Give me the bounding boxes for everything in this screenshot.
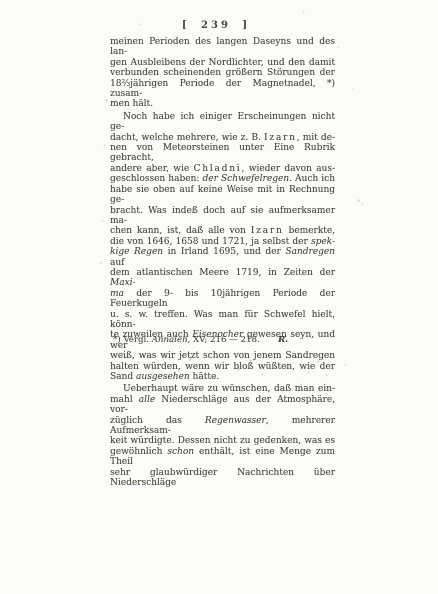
text-segment: andere aber, wie — [110, 164, 194, 174]
text-segment: , XV; 216 — 218. — [188, 335, 260, 345]
text-segment: dacht, welche mehrere, wie z. B. — [110, 133, 264, 143]
text-segment: chen kann, ist, daß alle von — [110, 226, 251, 236]
text-line: meinen Perioden des langen Daseyns und d… — [110, 37, 335, 58]
text-segment: spek- — [311, 237, 335, 247]
text-line: kige Regen in Irland 1695, und der Sandr… — [110, 247, 335, 268]
text-segment: Noch habe ich einiger Erscheinungen nich… — [110, 112, 335, 132]
text-segment: ma — [110, 289, 124, 299]
scanned-page: [ 239 ] meinen Perioden des langen Dasey… — [0, 0, 438, 594]
text-segment: bemerkte, — [284, 226, 335, 236]
page-number: [ 239 ] — [108, 20, 324, 31]
text-segment: gen Ausbleibens der Nordlichter, und den… — [110, 58, 335, 68]
text-line: u. s. w. treffen. Was man für Schwefel h… — [110, 310, 335, 331]
text-line: verbunden scheinenden größern Störungen … — [110, 68, 335, 78]
text-segment: züglich das — [110, 416, 205, 426]
text-segment: sehr glaubwürdiger Nachrichten über Nied… — [110, 468, 335, 488]
text-segment: ausgesehen — [136, 372, 190, 382]
text-segment: gewöhnlich — [110, 447, 167, 457]
text-line: nen von Meteorsteinen unter Eine Rubrik … — [110, 143, 335, 164]
text-line: men hält. — [110, 99, 335, 109]
text-segment: Auch ich — [292, 174, 335, 184]
text-segment: der Schwefelregen. — [203, 174, 292, 184]
text-segment: Izarn — [251, 226, 284, 236]
text-segment: Sand — [110, 372, 136, 382]
text-segment: Ueberhaupt wäre zu wünschen, daß man ein… — [123, 384, 335, 394]
paragraph: meinen Perioden des langen Daseyns und d… — [110, 37, 335, 110]
text-line: andere aber, wie Chladni, wieder davon a… — [110, 164, 335, 174]
text-segment: schon — [167, 447, 194, 457]
text-segment: 18⅔jährigen Periode der Magnetnadel, *) … — [110, 79, 335, 99]
text-line: bracht. Was indeß doch auf sie aufmerksa… — [110, 206, 335, 227]
text-line: Ueberhaupt wäre zu wünschen, daß man ein… — [110, 384, 335, 394]
text-segment: alle — [139, 395, 155, 405]
text-line: chen kann, ist, daß alle von Izarn bemer… — [110, 226, 335, 236]
text-line: gewöhnlich schon enthält, ist eine Menge… — [110, 447, 335, 468]
text-segment: mahl — [110, 395, 139, 405]
text-segment: Chladni — [194, 164, 242, 174]
text-segment: Sandregen — [285, 247, 335, 257]
text-segment: auf — [110, 258, 125, 268]
text-line: halten würden, wenn wir bloß wüßten, wie… — [110, 362, 335, 372]
text-line: weiß, was wir jetzt schon von jenem Sand… — [110, 351, 335, 361]
scan-noise — [0, 0, 1, 1]
text-line: dacht, welche mehrere, wie z. B. Izarn, … — [110, 133, 335, 143]
text-line: sehr glaubwürdiger Nachrichten über Nied… — [110, 468, 335, 489]
text-segment: *) Vergl. — [113, 335, 152, 345]
text-segment: Maxi- — [110, 278, 136, 288]
text-segment: geschlossen haben: — [110, 174, 203, 184]
text-line: habe sie oben auf keine Weise mit in Rec… — [110, 185, 335, 206]
text-segment: halten würden, wenn wir bloß wüßten, wie… — [110, 362, 335, 372]
text-segment: keit würdigte. Dessen nicht zu gedenken,… — [110, 436, 335, 446]
text-segment: in Irland 1695, und der — [163, 247, 285, 257]
text-segment: nen von Meteorsteinen unter Eine Rubrik … — [110, 143, 335, 163]
text-segment: hätte. — [190, 372, 219, 382]
text-segment: Izarn — [264, 133, 297, 143]
text-segment: kige Regen — [110, 247, 163, 257]
text-segment: habe sie oben auf keine Weise mit in Rec… — [110, 185, 335, 205]
text-line: Sand ausgesehen hätte. — [110, 372, 335, 382]
text-segment: bracht. Was indeß doch auf sie aufmerksa… — [110, 206, 335, 226]
footnote-text: *) Vergl. Annalen, XV; 216 — 218. — [110, 335, 260, 345]
text-segment: meinen Perioden des langen Daseyns und d… — [110, 37, 335, 57]
text-line: keit würdigte. Dessen nicht zu gedenken,… — [110, 436, 335, 446]
text-segment: Annalen — [152, 335, 188, 345]
text-segment: dem atlantischen Meere 1719, in Zeiten d… — [110, 268, 335, 278]
text-segment: , mit de- — [297, 133, 335, 143]
text-line: dem atlantischen Meere 1719, in Zeiten d… — [110, 268, 335, 289]
text-line: gen Ausbleibens der Nordlichter, und den… — [110, 58, 335, 68]
text-line: ma der 9- bis 10jährigen Periode der Feu… — [110, 289, 335, 310]
text-segment: , wieder davon aus- — [241, 164, 335, 174]
text-segment: der 9- bis 10jährigen Periode der Feuerk… — [110, 289, 335, 309]
text-line: die von 1646, 1658 und 1721, ja selbst d… — [110, 237, 335, 247]
footnote: *) Vergl. Annalen, XV; 216 — 218. R. — [110, 335, 335, 345]
body-text: meinen Perioden des langen Daseyns und d… — [110, 37, 335, 488]
text-segment: die von 1646, 1658 und 1721, ja selbst d… — [110, 237, 311, 247]
author-initial: R. — [278, 335, 288, 345]
paragraph: Ueberhaupt wäre zu wünschen, daß man ein… — [110, 384, 335, 488]
text-segment: u. s. w. treffen. Was man für Schwefel h… — [110, 310, 335, 330]
text-line: 18⅔jährigen Periode der Magnetnadel, *) … — [110, 79, 335, 100]
text-segment: men hält. — [110, 99, 153, 109]
text-line: Noch habe ich einiger Erscheinungen nich… — [110, 112, 335, 133]
text-line: züglich das Regenwasser, mehrerer Aufmer… — [110, 416, 335, 437]
text-line: geschlossen haben: der Schwefelregen. Au… — [110, 174, 335, 184]
text-segment: Regenwasser — [205, 416, 266, 426]
text-segment: verbunden scheinenden größern Störungen … — [110, 68, 335, 78]
text-segment: weiß, was wir jetzt schon von jenem Sand… — [110, 351, 335, 361]
text-line: mahl alle Niederschläge aus der Atmosphä… — [110, 395, 335, 416]
